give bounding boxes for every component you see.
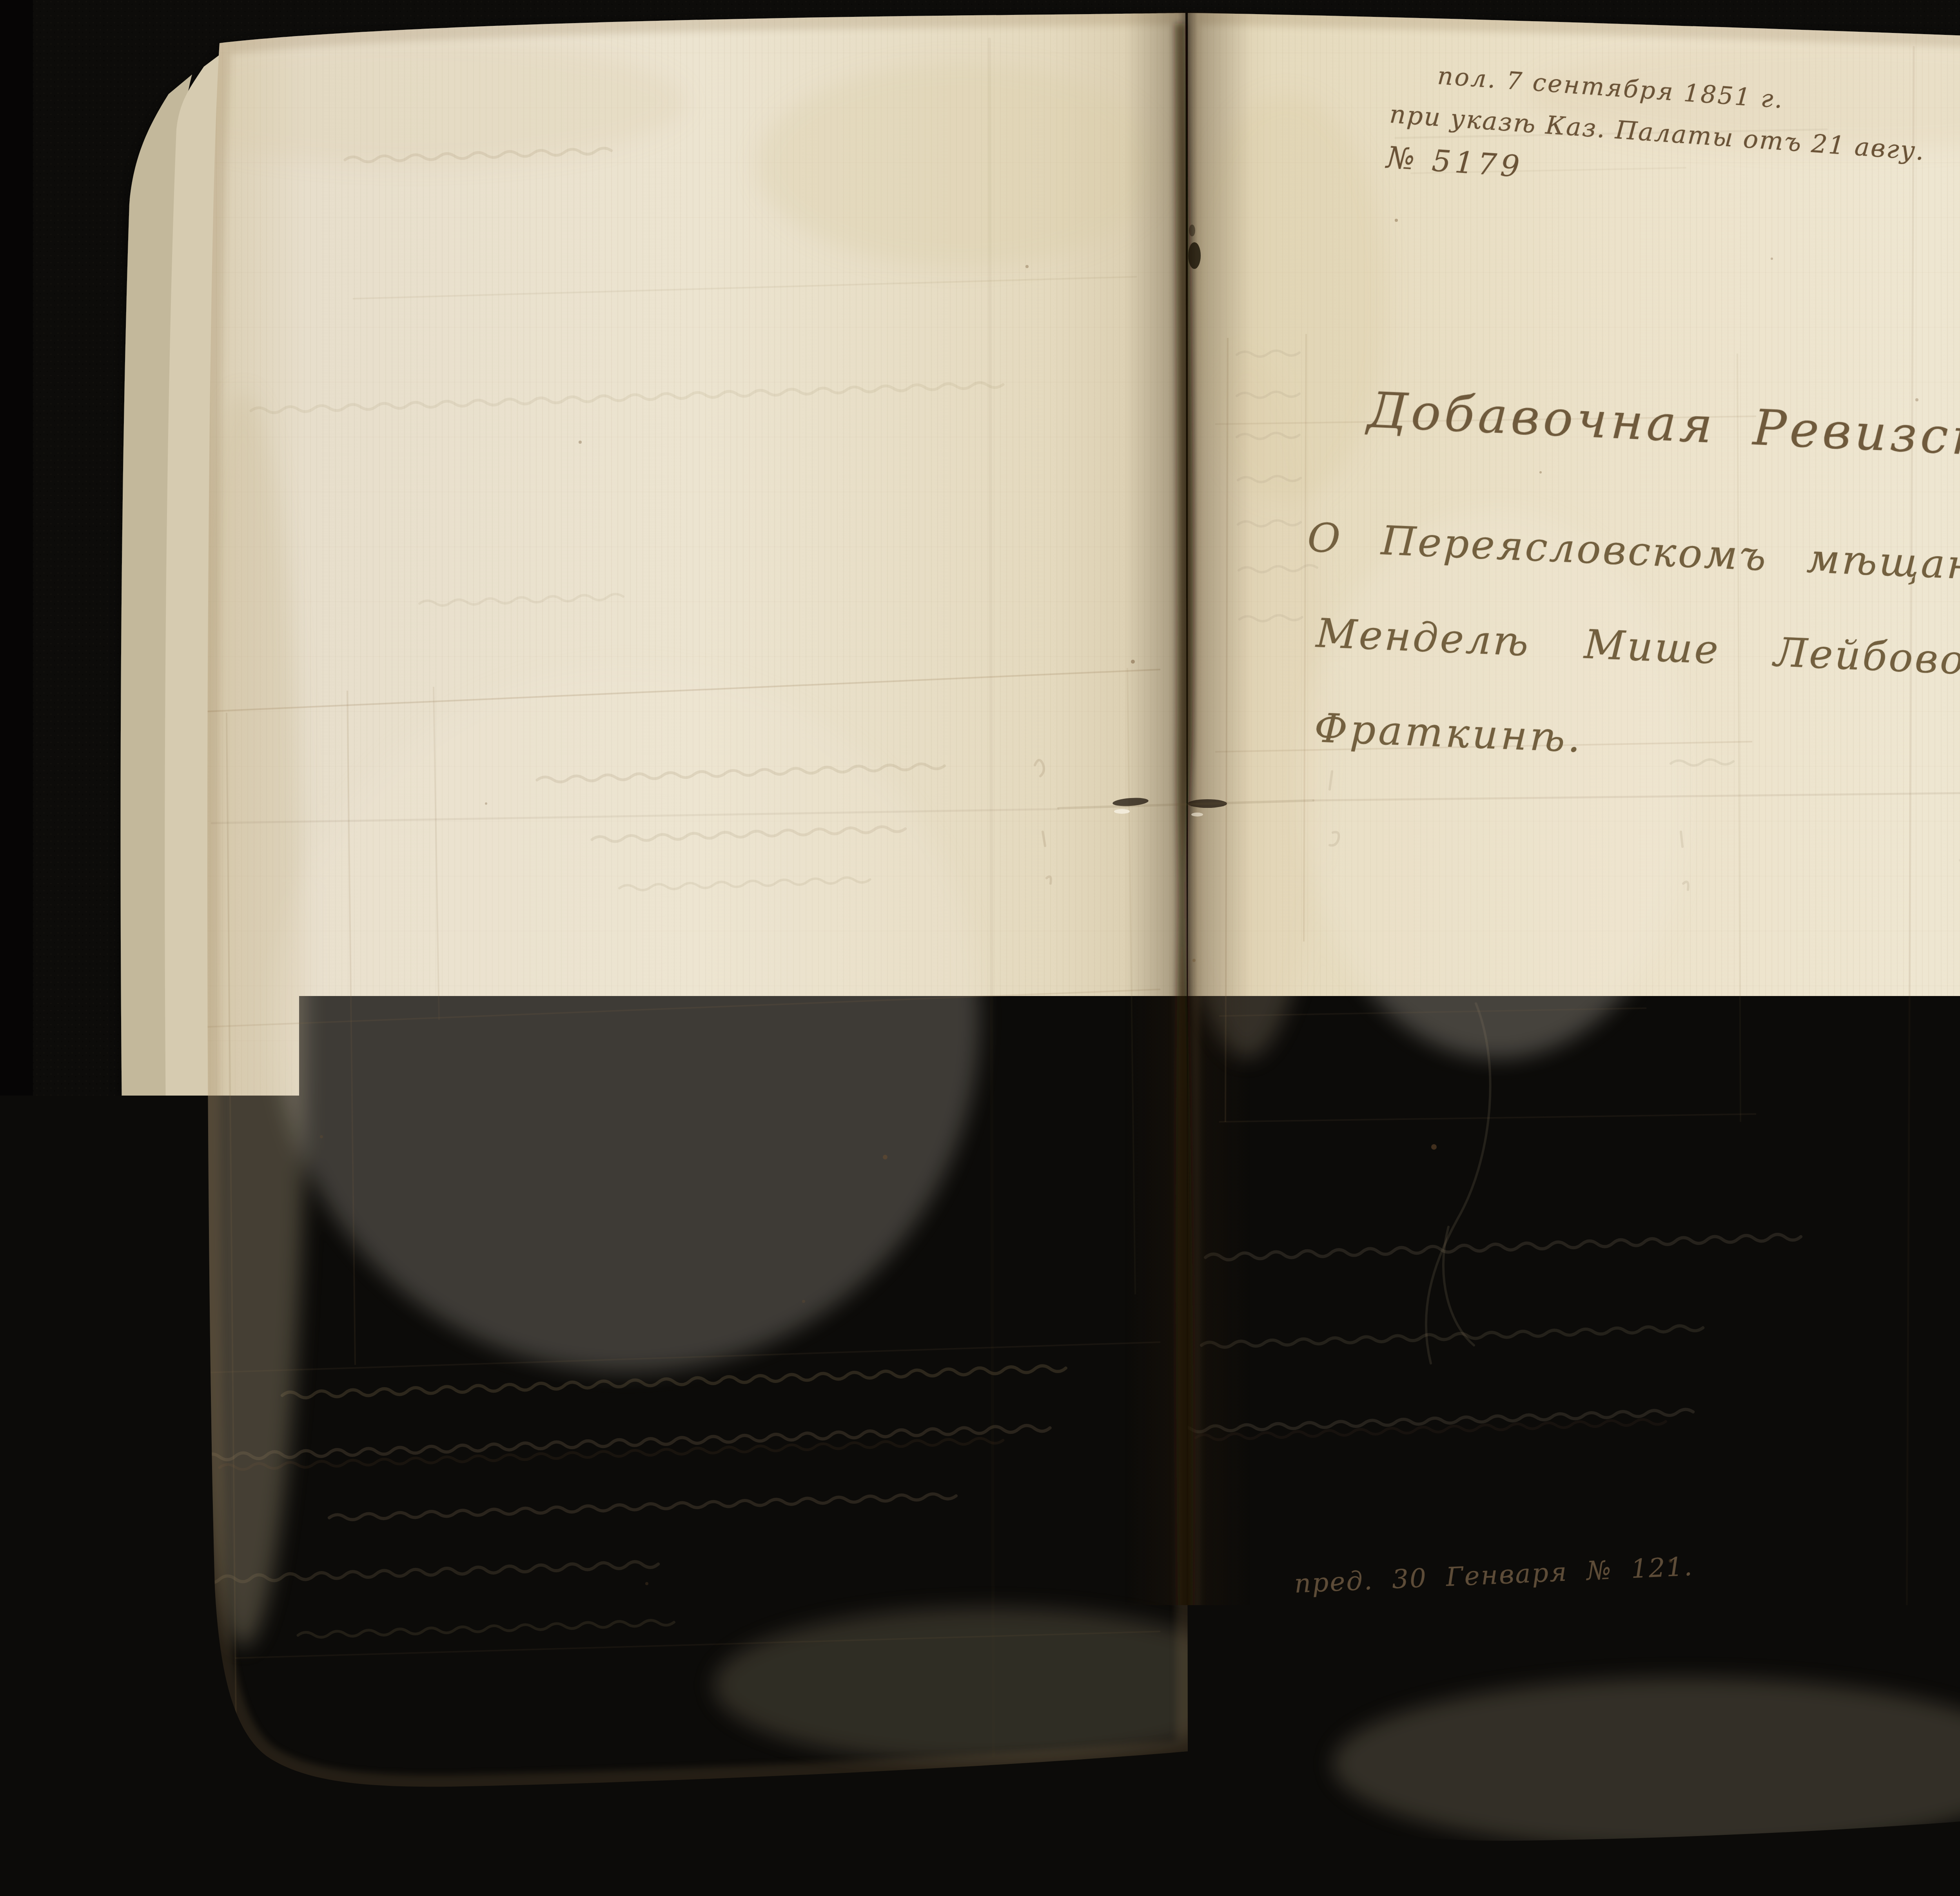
left-page-detail (118, 0, 1262, 1803)
background-bottom-strip (0, 1869, 1960, 1896)
background-edge-strip (0, 0, 33, 1896)
book-photo: ЦѢНА 15 КОП. СЕР. (0, 0, 1960, 1896)
archival-book-scan: ЦѢНА 15 КОП. СЕР. пол. 7 сентября 1851 г… (0, 0, 1960, 1896)
